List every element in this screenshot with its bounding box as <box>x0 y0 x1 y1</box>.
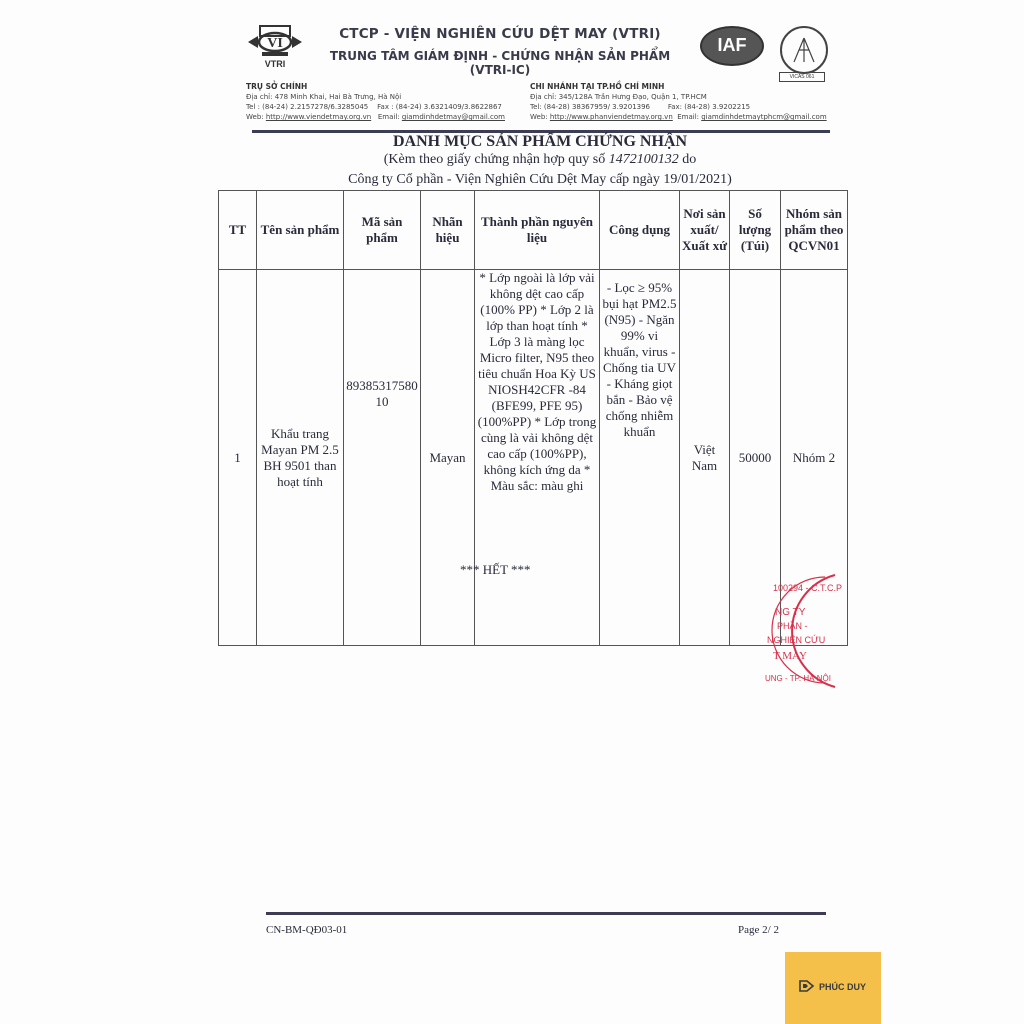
certificate-number: 1472100132 <box>609 152 679 167</box>
phuc-duy-watermark: PHÚC DUY <box>785 952 881 1024</box>
col-product-name: Tên sản phẩm <box>257 191 344 270</box>
col-origin: Nơi sản xuất/ Xuất xứ <box>680 191 730 270</box>
seal-icon: 100294 - C.T.C.P NG TY PHẦN - NGHIÊN CỨU… <box>745 565 855 695</box>
head-office-info: TRỤ SỞ CHÍNH Địa chỉ: 478 Minh Khai, Hai… <box>246 82 505 122</box>
page-number: Page 2/ 2 <box>738 924 779 936</box>
org-name: CTCP - VIỆN NGHIÊN CỨU DỆT MAY (VTRI) <box>320 26 680 42</box>
vtri-emblem-icon: VI <box>246 24 304 60</box>
svg-text:T MAY: T MAY <box>773 650 807 662</box>
branch-web-link[interactable]: http://www.phanviendetmay.org.vn <box>550 113 673 121</box>
document-subtitle: (Kèm theo giấy chứng nhận hợp quy số 147… <box>300 152 780 168</box>
svg-text:NG TY: NG TY <box>775 607 806 618</box>
form-code: CN-BM-QĐ03-01 <box>266 924 347 936</box>
org-center-name: TRUNG TÂM GIÁM ĐỊNH - CHỨNG NHẬN SẢN PHẨ… <box>320 49 680 77</box>
boa-accreditation-icon <box>780 26 828 74</box>
organization-header: CTCP - VIỆN NGHIÊN CỨU DỆT MAY (VTRI) TR… <box>320 26 680 77</box>
col-tt: TT <box>219 191 257 270</box>
iaf-logo: IAF <box>700 26 764 66</box>
branch-email-link[interactable]: giamdinhdetmaytphcm@gmail.com <box>701 113 826 121</box>
head-office-web-link[interactable]: http://www.viendetmay.org.vn <box>266 113 371 121</box>
document-page: VI VTRI CTCP - VIỆN NGHIÊN CỨU DỆT MAY (… <box>0 0 1024 1024</box>
col-materials: Thành phần nguyên liệu <box>475 191 600 270</box>
document-title-block: DANH MỤC SẢN PHẨM CHỨNG NHẬN (Kèm theo g… <box>300 133 780 188</box>
vicas-badge: VICAS 061 <box>779 72 825 82</box>
logo-text: VTRI <box>246 59 304 69</box>
col-quantity: Số lượng (Túi) <box>730 191 781 270</box>
branch-office-info: CHI NHÁNH TẠI TP.HỒ CHÍ MINH Địa chỉ: 34… <box>530 82 827 122</box>
svg-text:VI: VI <box>267 36 283 51</box>
svg-text:PHẦN -: PHẦN - <box>777 621 808 631</box>
col-product-code: Mã sản phẩm <box>344 191 421 270</box>
company-seal-stamp: 100294 - C.T.C.P NG TY PHẦN - NGHIÊN CỨU… <box>745 565 855 695</box>
end-marker: *** HẾT *** <box>460 562 531 578</box>
col-brand: Nhãn hiệu <box>421 191 475 270</box>
footer-divider <box>266 912 826 915</box>
col-usage: Công dụng <box>600 191 680 270</box>
phuc-duy-logo-icon <box>799 980 815 992</box>
table-header-row: TT Tên sản phẩm Mã sản phẩm Nhãn hiệu Th… <box>219 191 848 270</box>
document-title: DANH MỤC SẢN PHẨM CHỨNG NHẬN <box>300 133 780 151</box>
vtri-logo: VI VTRI <box>246 24 304 74</box>
svg-text:UNG - TP. HÀ NỘI: UNG - TP. HÀ NỘI <box>765 674 831 683</box>
svg-text:NGHIÊN CỨU: NGHIÊN CỨU <box>767 635 825 645</box>
svg-text:100294 - C.T.C.P: 100294 - C.T.C.P <box>773 583 842 593</box>
col-product-group: Nhóm sản phẩm theo QCVN01 <box>781 191 848 270</box>
document-subtitle-line2: Công ty Cổ phần - Viện Nghiên Cứu Dệt Ma… <box>300 172 780 188</box>
head-office-email-link[interactable]: giamdinhdetmay@gmail.com <box>402 113 505 121</box>
